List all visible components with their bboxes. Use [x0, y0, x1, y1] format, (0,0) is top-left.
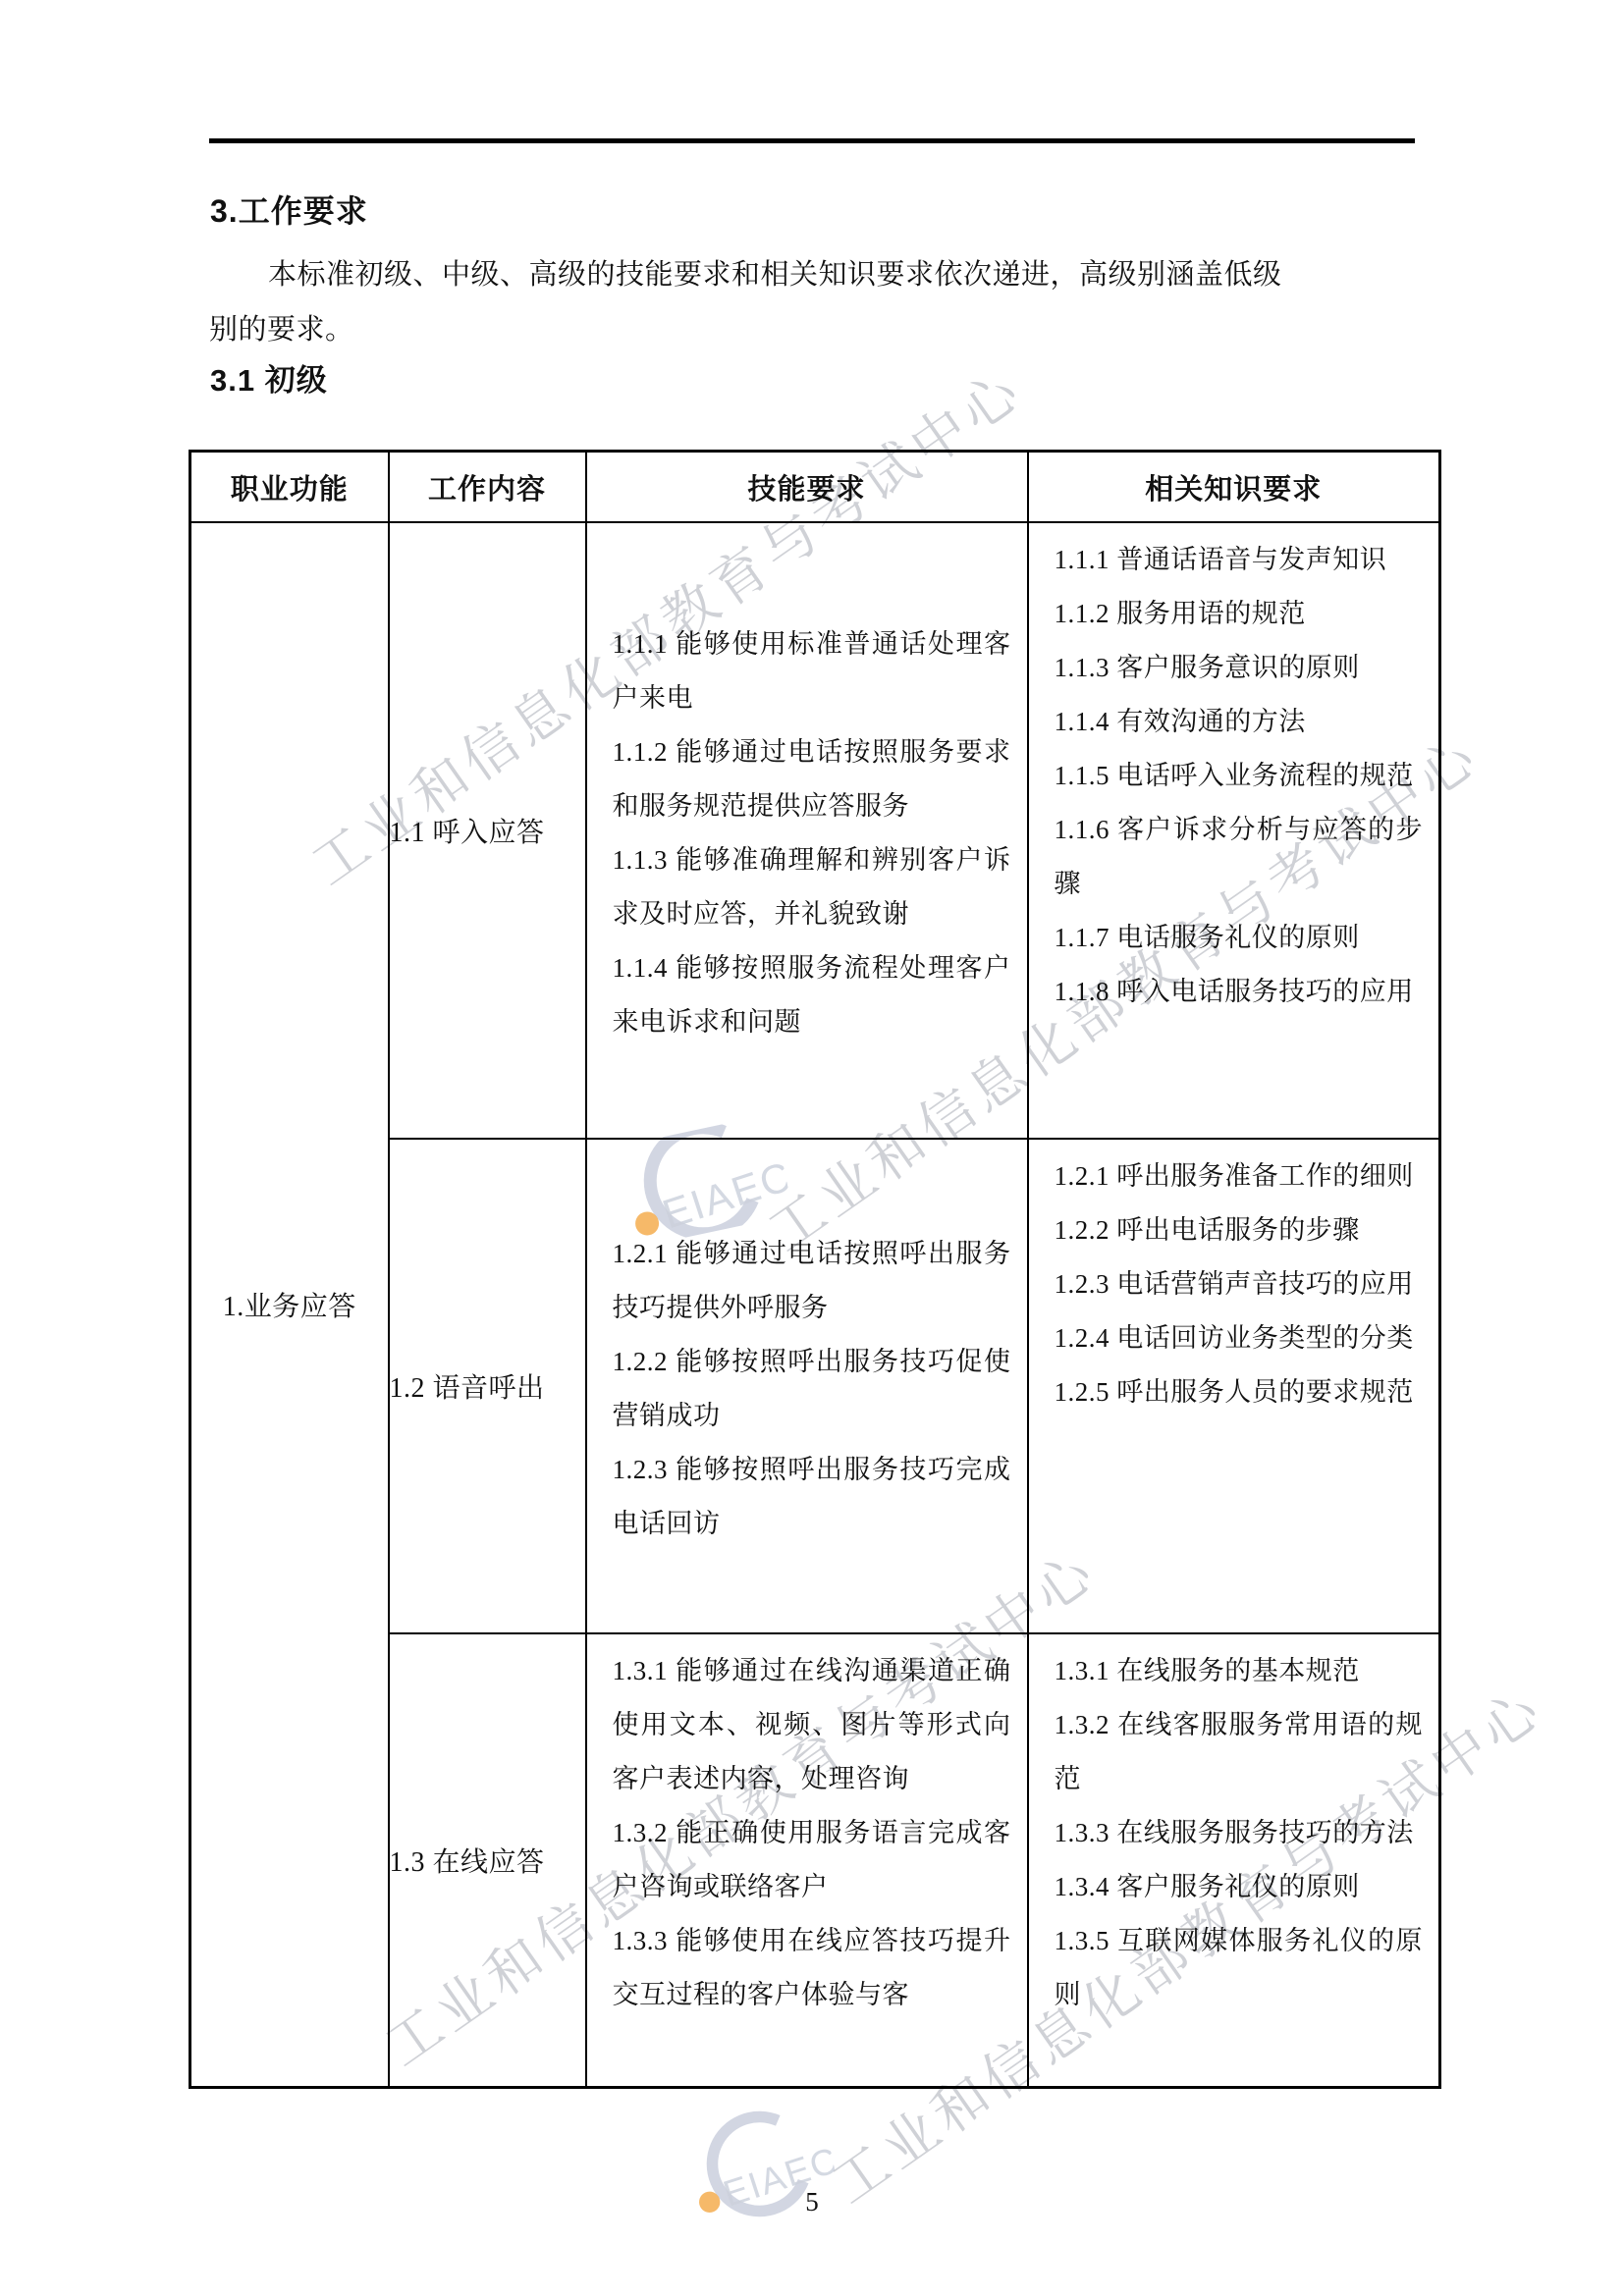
function-cell: 1.业务应答: [190, 522, 389, 2087]
skills-cell: 1.2.1 能够通过电话按照呼出服务技巧提供外呼服务 1.2.2 能够按照呼出服…: [586, 1139, 1028, 1633]
table-header-row: 职业功能 工作内容 技能要求 相关知识要求: [190, 452, 1440, 523]
knowledge-cell: 1.1.1 普通话语音与发声知识 1.1.2 服务用语的规范 1.1.3 客户服…: [1028, 522, 1440, 1139]
knowledge-item: 1.1.5 电话呼入业务流程的规范: [1055, 749, 1424, 803]
knowledge-item: 1.3.3 在线服务服务技巧的方法: [1055, 1806, 1424, 1860]
skills-cell: 1.3.1 能够通过在线沟通渠道正确使用文本、视频、图片等形式向客户表述内容，处…: [586, 1633, 1028, 2087]
skill-item: 1.1.3 能够准确理解和辨别客户诉求及时应答，并礼貌致谢: [613, 833, 1011, 941]
col-header-knowledge: 相关知识要求: [1028, 452, 1440, 523]
knowledge-item: 1.2.4 电话回访业务类型的分类: [1055, 1311, 1424, 1365]
intro-paragraph: 本标准初级、中级、高级的技能要求和相关知识要求依次递进，高级别涵盖低级 别的要求…: [209, 247, 1427, 357]
skill-item: 1.1.1 能够使用标准普通话处理客户来电: [613, 617, 1011, 725]
knowledge-item: 1.1.3 客户服务意识的原则: [1055, 641, 1424, 695]
skill-item: 1.3.2 能正确使用服务语言完成客户咨询或联络客户: [613, 1806, 1011, 1914]
table-row: 1.业务应答 1.1 呼入应答 1.1.1 能够使用标准普通话处理客户来电 1.…: [190, 522, 1440, 1139]
knowledge-item: 1.2.5 呼出服务人员的要求规范: [1055, 1365, 1424, 1419]
col-header-skills: 技能要求: [586, 452, 1028, 523]
knowledge-item: 1.1.1 普通话语音与发声知识: [1055, 533, 1424, 587]
work-content-cell: 1.1 呼入应答: [389, 522, 586, 1139]
work-content-cell: 1.3 在线应答: [389, 1633, 586, 2087]
knowledge-item: 1.1.8 呼入电话服务技巧的应用: [1055, 965, 1424, 1019]
document-page: 工业和信息化部教育与考试中心 工业和信息化部教育与考试中心 工业和信息化部教育与…: [0, 0, 1624, 2296]
skills-cell: 1.1.1 能够使用标准普通话处理客户来电 1.1.2 能够通过电话按照服务要求…: [586, 522, 1028, 1139]
knowledge-cell: 1.3.1 在线服务的基本规范 1.3.2 在线客服服务常用语的规范 1.3.3…: [1028, 1633, 1440, 2087]
knowledge-item: 1.1.2 服务用语的规范: [1055, 587, 1424, 641]
col-header-work-content: 工作内容: [389, 452, 586, 523]
skill-item: 1.2.1 能够通过电话按照呼出服务技巧提供外呼服务: [613, 1227, 1011, 1335]
knowledge-item: 1.2.3 电话营销声音技巧的应用: [1055, 1257, 1424, 1311]
skill-item: 1.2.3 能够按照呼出服务技巧完成电话回访: [613, 1443, 1011, 1551]
section-heading: 3.工作要求: [210, 187, 368, 232]
requirements-table: 职业功能 工作内容 技能要求 相关知识要求 1.业务应答 1.1 呼入应答 1.…: [189, 450, 1441, 2089]
skill-item: 1.1.2 能够通过电话按照服务要求和服务规范提供应答服务: [613, 725, 1011, 833]
knowledge-cell: 1.2.1 呼出服务准备工作的细则 1.2.2 呼出电话服务的步骤 1.2.3 …: [1028, 1139, 1440, 1633]
knowledge-item: 1.1.7 电话服务礼仪的原则: [1055, 911, 1424, 965]
skill-item: 1.3.3 能够使用在线应答技巧提升交互过程的客户体验与客: [613, 1914, 1011, 2022]
subsection-heading: 3.1 初级: [210, 355, 328, 400]
knowledge-item: 1.3.4 客户服务礼仪的原则: [1055, 1860, 1424, 1914]
paragraph-line: 别的要求。: [209, 302, 1427, 357]
header-rule: [209, 138, 1415, 143]
skill-item: 1.3.1 能够通过在线沟通渠道正确使用文本、视频、图片等形式向客户表述内容，处…: [613, 1644, 1011, 1806]
knowledge-item: 1.1.4 有效沟通的方法: [1055, 695, 1424, 749]
knowledge-item: 1.2.1 呼出服务准备工作的细则: [1055, 1149, 1424, 1203]
skill-item: 1.1.4 能够按照服务流程处理客户来电诉求和问题: [613, 941, 1011, 1049]
ceiaec-logo: EIAEC: [665, 2092, 843, 2245]
page-number: 5: [0, 2187, 1624, 2217]
knowledge-item: 1.3.2 在线客服服务常用语的规范: [1055, 1698, 1424, 1806]
knowledge-item: 1.1.6 客户诉求分析与应答的步骤: [1055, 803, 1424, 911]
skill-item: 1.2.2 能够按照呼出服务技巧促使营销成功: [613, 1335, 1011, 1443]
knowledge-item: 1.2.2 呼出电话服务的步骤: [1055, 1203, 1424, 1257]
knowledge-item: 1.3.1 在线服务的基本规范: [1055, 1644, 1424, 1698]
work-content-cell: 1.2 语音呼出: [389, 1139, 586, 1633]
knowledge-item: 1.3.5 互联网媒体服务礼仪的原则: [1055, 1914, 1424, 2022]
col-header-function: 职业功能: [190, 452, 389, 523]
paragraph-line: 本标准初级、中级、高级的技能要求和相关知识要求依次递进，高级别涵盖低级: [209, 247, 1427, 302]
